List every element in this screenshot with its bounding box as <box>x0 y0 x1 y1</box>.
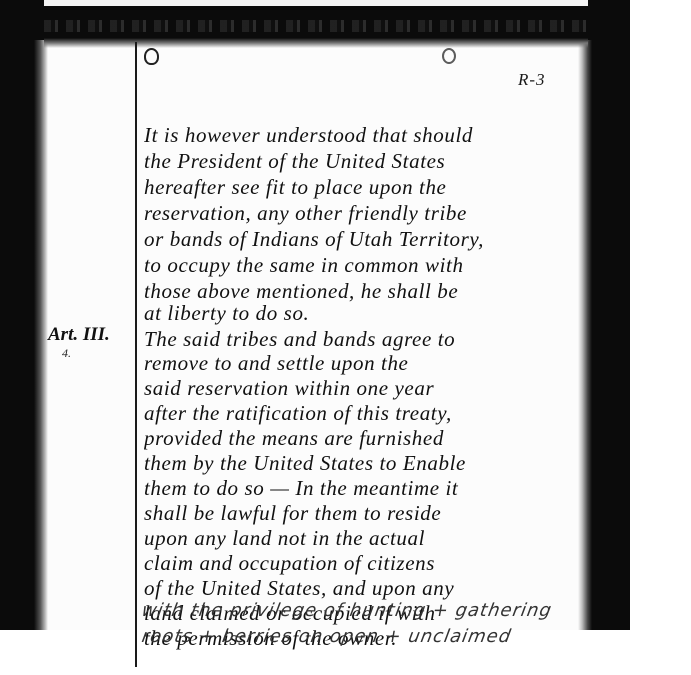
scan-border-left-edge <box>34 40 48 630</box>
text-line: hereafter see fit to place upon the <box>144 174 584 200</box>
circle-mark-icon <box>442 48 456 64</box>
text-line: to occupy the same in common with <box>144 252 584 278</box>
page-reference: R-3 <box>518 70 546 90</box>
scan-border-right <box>588 0 630 630</box>
text-line: said reservation within one year <box>144 375 584 401</box>
text-line: remove to and settle upon the <box>144 350 584 376</box>
annotation-line: roots + berries on open + unclaimed <box>140 626 513 647</box>
text-line: provided the means are furnished <box>144 425 584 451</box>
text-line: upon any land not in the actual <box>144 525 584 551</box>
text-line: It is however understood that should <box>144 122 584 148</box>
text-line: them by the United States to Enable <box>144 450 584 476</box>
scanned-document: R-3 It is however understood that should… <box>0 0 691 675</box>
text-line: of the United States, and upon any <box>144 575 584 601</box>
text-line: reservation, any other friendly tribe <box>144 200 584 226</box>
circle-mark-icon <box>144 48 159 65</box>
page-top-edge <box>44 38 588 48</box>
text-line: them to do so — In the meantime it <box>144 475 584 501</box>
scan-border-noise <box>0 20 630 32</box>
text-line: The said tribes and bands agree to <box>144 326 584 352</box>
annotation-line: with the privilege of hunting + gatherin… <box>140 600 554 621</box>
text-line: claim and occupation of citizens <box>144 550 584 576</box>
scan-border-top-strip <box>0 0 630 6</box>
text-line: after the ratification of this treaty, <box>144 400 584 426</box>
article-label: Art. III. <box>48 324 110 346</box>
text-line: shall be lawful for them to reside <box>144 500 584 526</box>
text-line: the President of the United States <box>144 148 584 174</box>
article-sub-label: 4. <box>62 346 71 361</box>
text-line: at liberty to do so. <box>144 300 584 326</box>
text-line: or bands of Indians of Utah Territory, <box>144 226 584 252</box>
margin-rule-line <box>135 42 137 667</box>
